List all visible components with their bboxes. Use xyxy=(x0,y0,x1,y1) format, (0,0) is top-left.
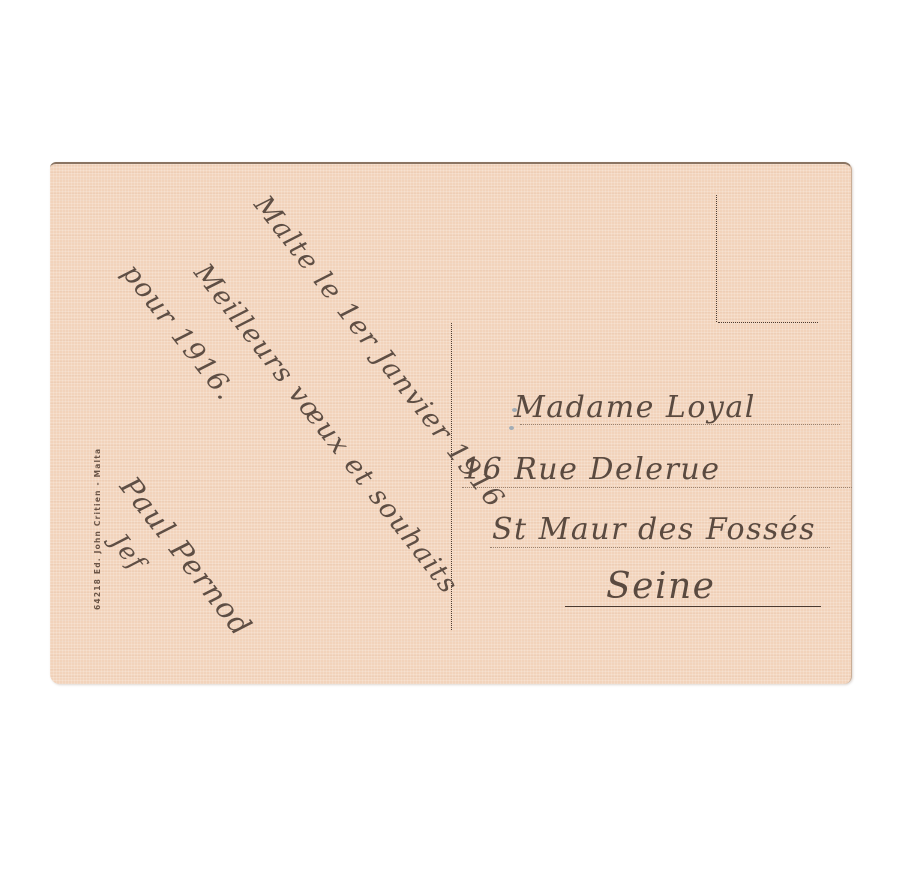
stamp-box-bottom-edge xyxy=(718,322,818,323)
address-recipient: Madame Loyal xyxy=(514,390,756,425)
address-line-3 xyxy=(490,547,830,548)
address-department: Seine xyxy=(606,566,715,607)
stamp-box-left-edge xyxy=(716,195,717,322)
publisher-imprint: 64218 Ed. John Critien - Malta xyxy=(93,448,102,610)
ink-blot xyxy=(509,426,514,430)
address-city: St Maur des Fossés xyxy=(492,512,816,547)
address-line-2 xyxy=(462,487,852,488)
address-street: 16 Rue Delerue xyxy=(462,452,720,487)
